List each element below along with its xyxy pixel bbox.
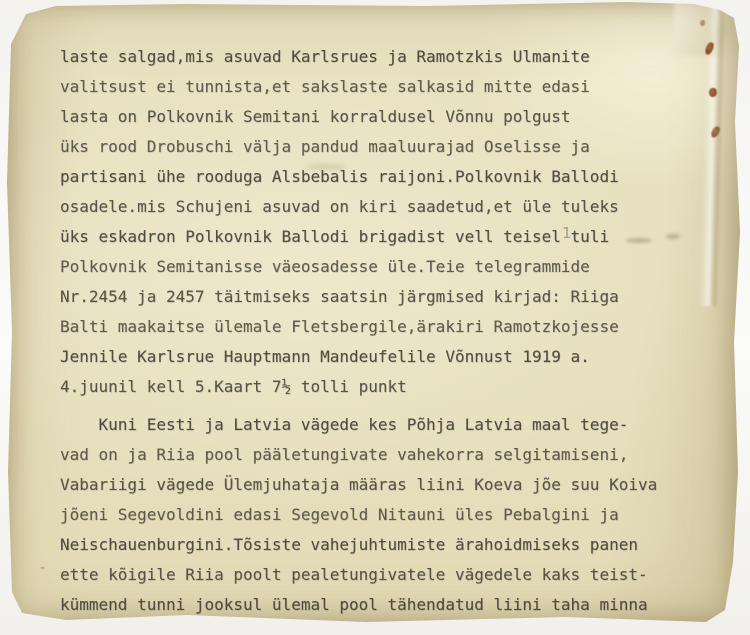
text-line: Kuni Eesti ja Latvia vägede kes Põhja La… xyxy=(60,410,700,440)
text-line: Balti maakaitse ülemale Fletsbergile,ära… xyxy=(60,312,700,342)
text-line: kümmend tunni jooksul ülemal pool tähend… xyxy=(60,590,700,620)
text-line: Neischauenburgini.Tõsiste vahejuhtumiste… xyxy=(60,530,700,560)
paragraph-1: laste salgad,mis asuvad Karlsrues ja Ram… xyxy=(60,42,700,402)
text-line: Jennile Karlsrue Hauptmann Mandeufelile … xyxy=(60,342,700,372)
text-line: Polkovnik Semitanisse väeosadesse üle.Te… xyxy=(60,252,700,282)
text-line: üks eskadron Polkovnik Ballodi brigadist… xyxy=(60,222,700,252)
text-line: vad on ja Riia pool pääletungivate vahek… xyxy=(60,440,700,470)
scanned-page: laste salgad,mis asuvad Karlsrues ja Ram… xyxy=(6,2,742,626)
text-line: Vabariigi vägede Ülemjuhataja määras lii… xyxy=(60,470,700,500)
text-line: lasta on Polkovnik Semitani korraldusel … xyxy=(60,102,700,132)
text-line: laste salgad,mis asuvad Karlsrues ja Ram… xyxy=(60,42,700,72)
text-line: Nr.2454 ja 2457 täitmiseks saatsin järgm… xyxy=(60,282,700,312)
document-text: laste salgad,mis asuvad Karlsrues ja Ram… xyxy=(60,42,700,620)
paragraph-2: Kuni Eesti ja Latvia vägede kes Põhja La… xyxy=(60,410,700,620)
scan-background: laste salgad,mis asuvad Karlsrues ja Ram… xyxy=(0,0,750,635)
text-line: üks rood Drobuschi välja pandud maaluura… xyxy=(60,132,700,162)
text-line: osadele.mis Schujeni asuvad on kiri saad… xyxy=(60,192,700,222)
text-line: ette kõigile Riia poolt pealetungivatele… xyxy=(60,560,700,590)
text-line: 4.juunil kell 5.Kaart 7½ tolli punkt xyxy=(60,372,700,402)
text-line: jõeni Segevoldini edasi Segevold Nitauni… xyxy=(60,500,700,530)
faint-imprint: - xyxy=(38,558,47,576)
text-line: valitsust ei tunnista,et sakslaste salka… xyxy=(60,72,700,102)
faint-imprint: 1 xyxy=(562,224,571,242)
text-line: partisani ühe rooduga Alsbebalis raijoni… xyxy=(60,162,700,192)
